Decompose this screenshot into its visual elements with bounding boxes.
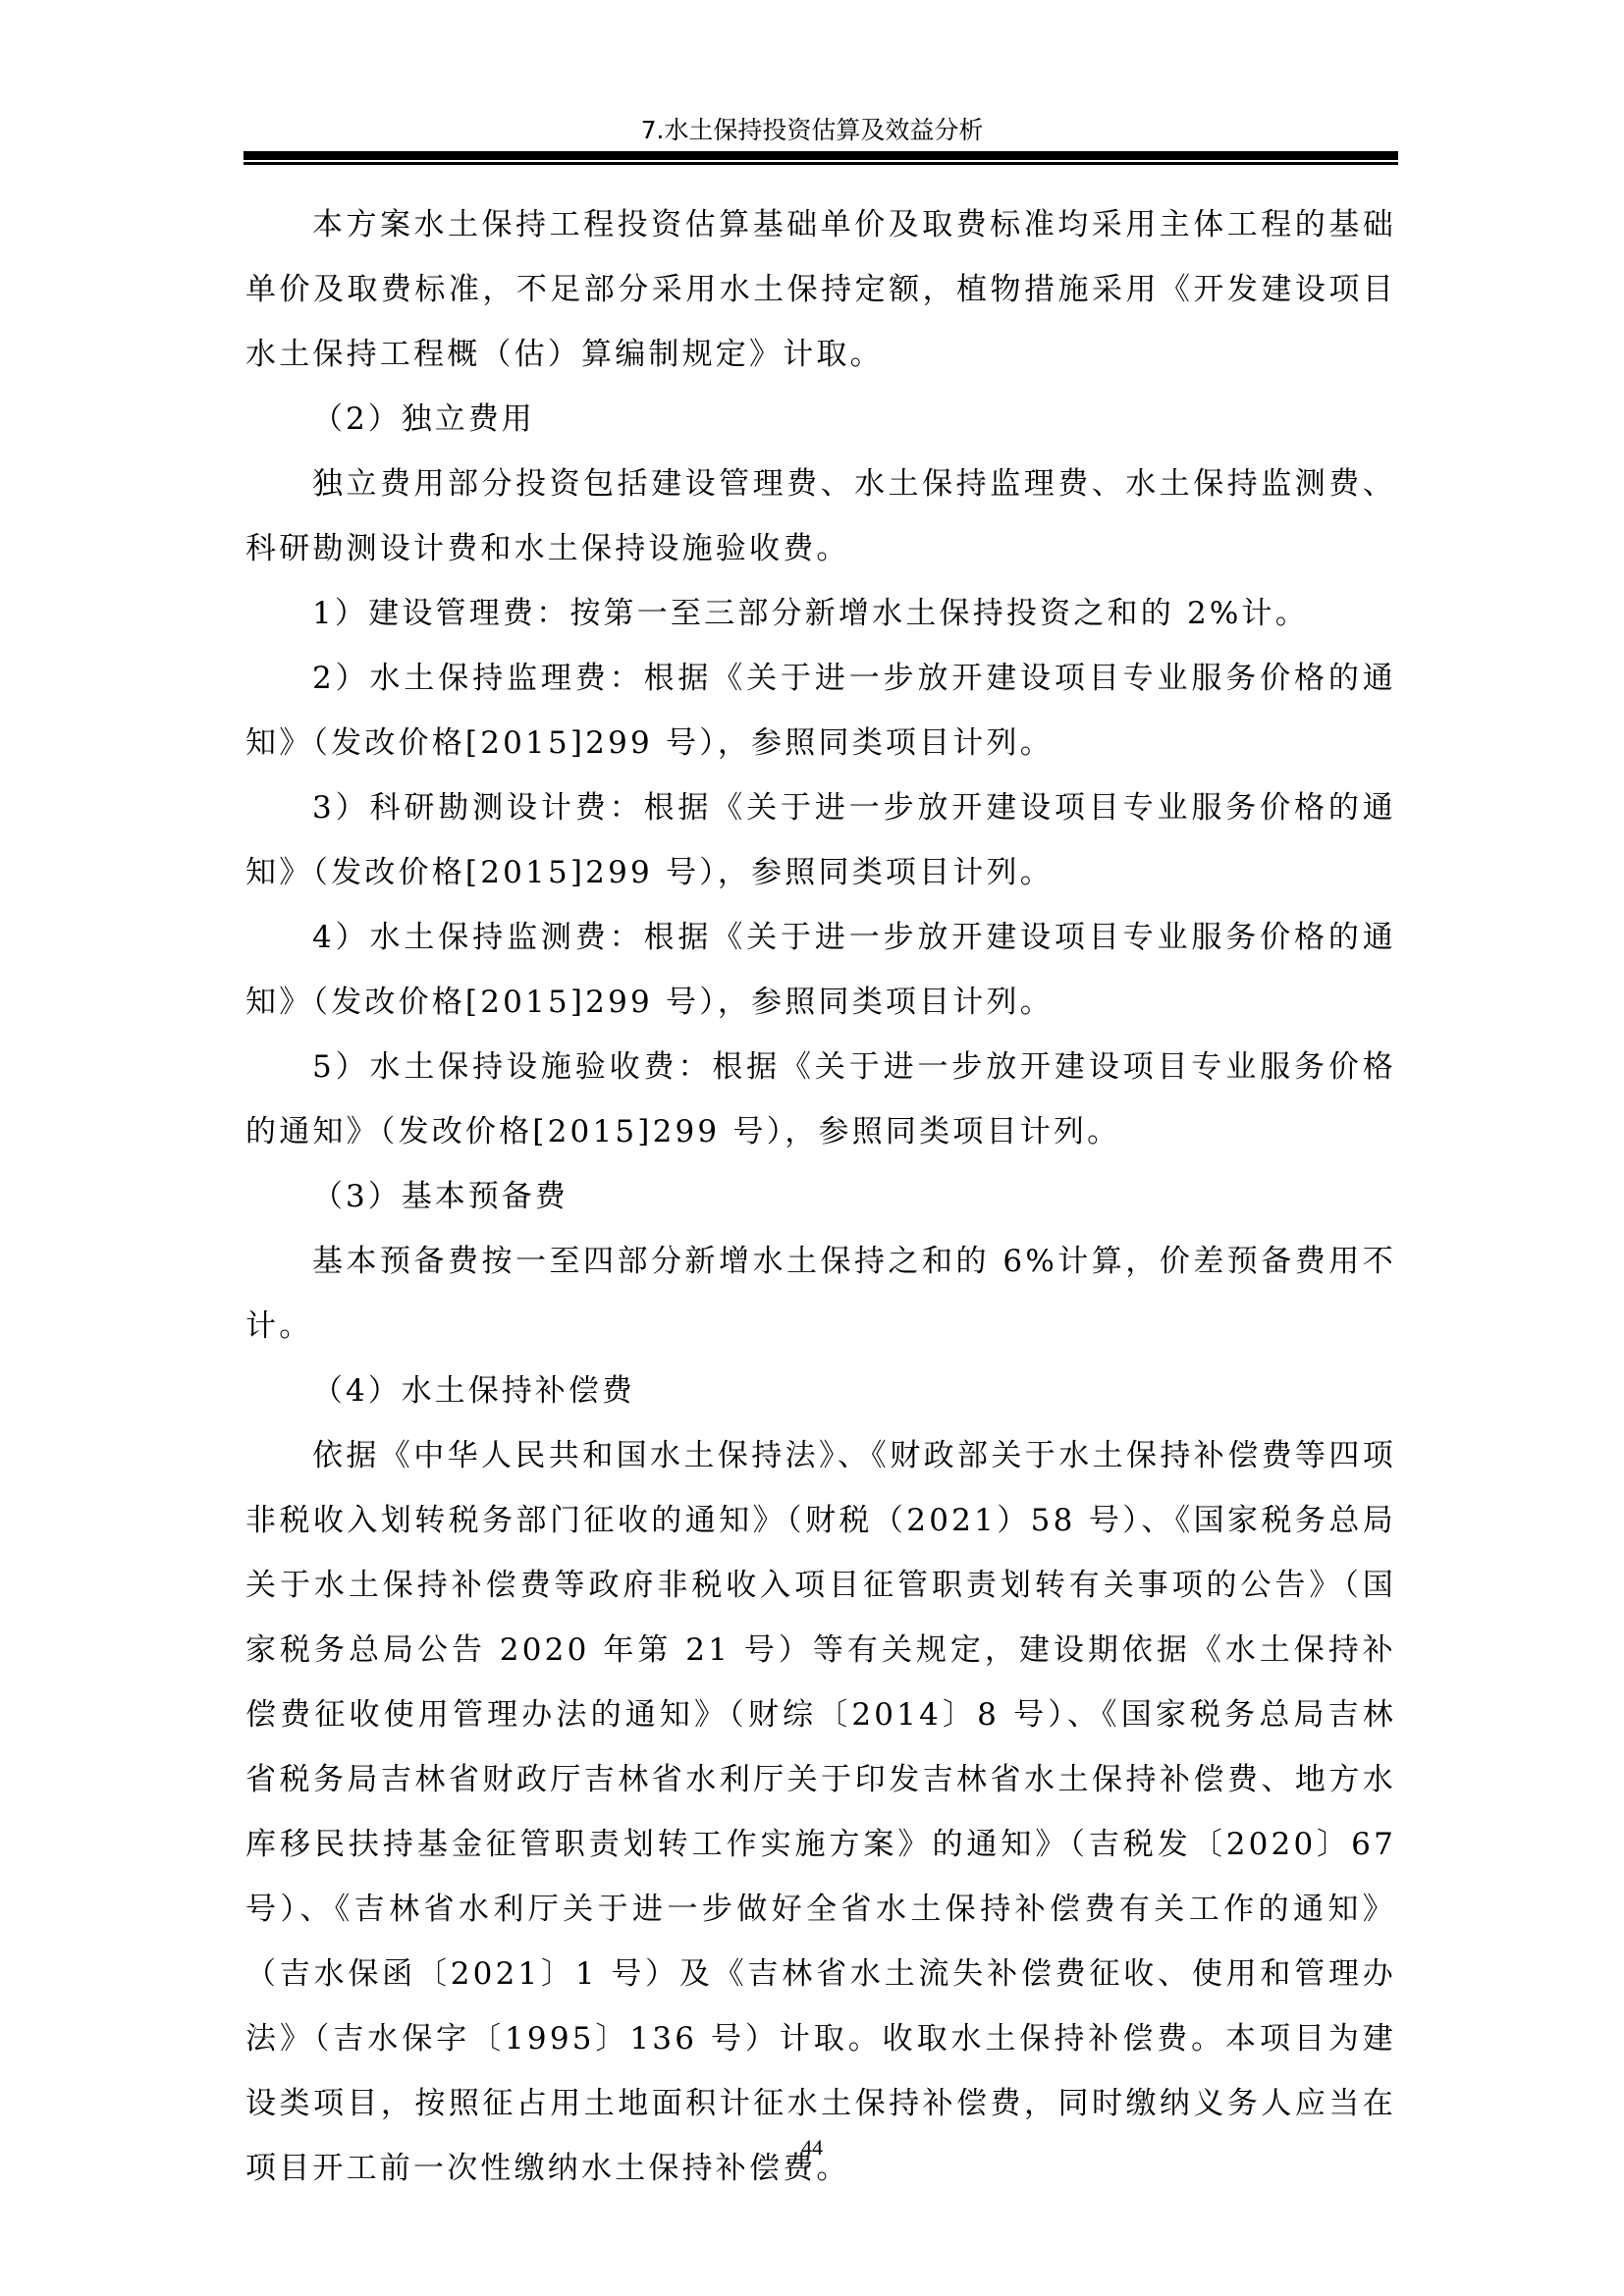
page-header-title: 7.水土保持投资估算及效益分析 bbox=[0, 116, 1624, 145]
paragraph-basic-reserve: 基本预备费按一至四部分新增水土保持之和的 6%计算，价差预备费用不计。 bbox=[245, 1229, 1396, 1359]
paragraph-item-2: 2）水土保持监理费：根据《关于进一步放开建设项目专业服务价格的通知》（发改价格[… bbox=[245, 646, 1396, 775]
header-rule-thick bbox=[244, 151, 1398, 160]
paragraph-independent-fees: 独立费用部分投资包括建设管理费、水土保持监理费、水土保持监测费、科研勘测设计费和… bbox=[245, 452, 1396, 581]
paragraph-item-3: 3）科研勘测设计费：根据《关于进一步放开建设项目专业服务价格的通知》（发改价格[… bbox=[245, 775, 1396, 905]
page-number: 44 bbox=[0, 2135, 1624, 2161]
paragraph-item-4: 4）水土保持监测费：根据《关于进一步放开建设项目专业服务价格的通知》（发改价格[… bbox=[245, 905, 1396, 1035]
document-body: 本方案水土保持工程投资估算基础单价及取费标准均采用主体工程的基础单价及取费标准，… bbox=[245, 192, 1396, 2201]
section-heading-compensation-fee: （4）水土保持补偿费 bbox=[245, 1359, 1396, 1423]
paragraph-item-5: 5）水土保持设施验收费：根据《关于进一步放开建设项目专业服务价格的通知》（发改价… bbox=[245, 1035, 1396, 1164]
paragraph-item-1: 1）建设管理费：按第一至三部分新增水土保持投资之和的 2%计。 bbox=[245, 581, 1396, 646]
section-heading-independent-fees: （2）独立费用 bbox=[245, 387, 1396, 452]
header-rule-thin bbox=[244, 162, 1398, 165]
paragraph-compensation-fee: 依据《中华人民共和国水土保持法》、《财政部关于水土保持补偿费等四项非税收入划转税… bbox=[245, 1423, 1396, 2201]
section-heading-basic-reserve: （3）基本预备费 bbox=[245, 1164, 1396, 1229]
paragraph-basis: 本方案水土保持工程投资估算基础单价及取费标准均采用主体工程的基础单价及取费标准，… bbox=[245, 192, 1396, 387]
